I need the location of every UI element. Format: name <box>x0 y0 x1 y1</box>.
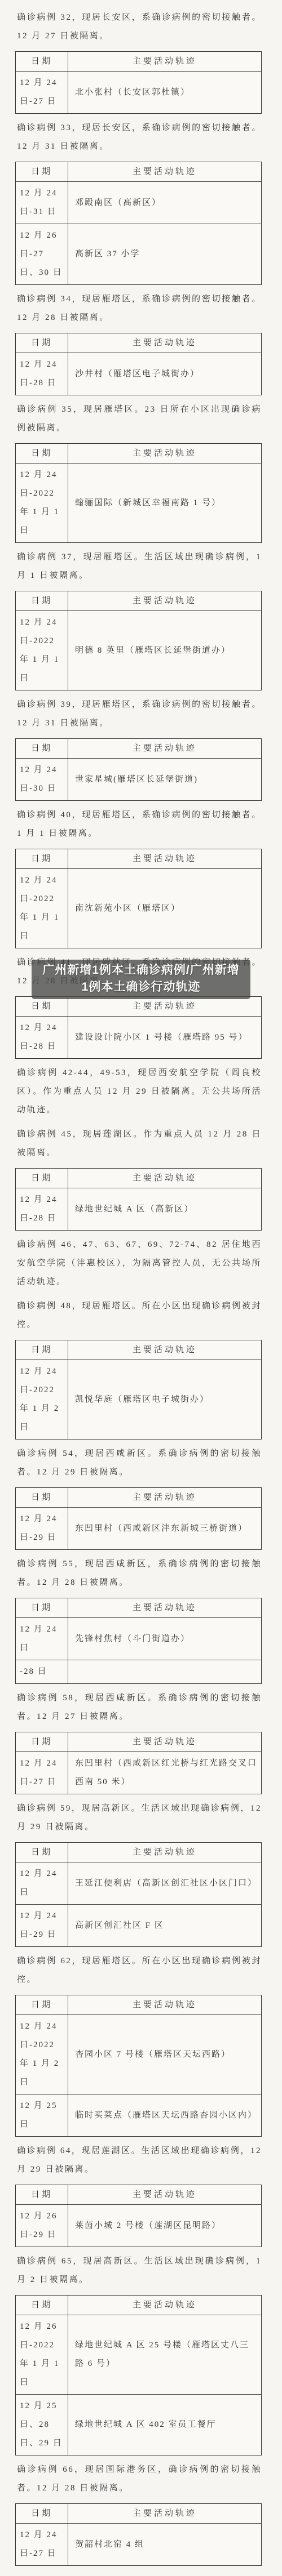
table-row: 12 月 26 日-29 日莱茵小城 2 号楼（莲湖区昆明路） <box>16 2205 262 2247</box>
activity-table: 日期 主要活动轨迹 12 月 24 日先锋村焦村（斗门街道办）-28 日 <box>15 1598 262 1684</box>
date-cell: 12 月 24 日-27 日 <box>16 72 68 114</box>
table-row: 12 月 24 日-2022 年 1 月 1 日南沈新苑小区（雁塔区） <box>16 869 262 948</box>
table-row: -28 日 <box>16 1660 262 1684</box>
table-row: 12 月 25 日临时买菜点（雁塔区天坛西路杏园小区内） <box>16 2094 262 2137</box>
track-cell: 高新区 37 小学 <box>68 224 262 285</box>
date-column-header: 日期 <box>16 162 68 182</box>
table-header-row: 日期 主要活动轨迹 <box>16 2504 262 2524</box>
case-section: 确诊病例 66，现居国际港务区，确诊病例的密切接触者。12 月 28 日被隔离。… <box>15 2461 262 2566</box>
case-section: 确诊病例 35，现居雁塔区。23 日所在小区出现确诊病例被隔离。 日期 主要活动… <box>15 400 262 543</box>
table-row: 12 月 24 日-2022 年 1 月 1 日翰骊国际（新城区幸福南路 1 号… <box>16 463 262 543</box>
document: 确诊病例 32，现居长安区，系确诊病例的密切接触者。12 月 27 日被隔离。 … <box>0 0 282 2576</box>
date-cell: 12 月 24 日-30 日 <box>16 759 68 801</box>
date-cell: 12 月 26 日-29 日 <box>16 2205 68 2247</box>
table-row: 12 月 24 日-27 日贺韶村北窑 4 组 <box>16 2524 262 2566</box>
table-header-row: 日期 主要活动轨迹 <box>16 1995 262 2015</box>
table-header-row: 日期 主要活动轨迹 <box>16 1340 262 1360</box>
activity-table: 日期 主要活动轨迹 12 月 26 日-2022 年 1 月 1 日绿地世纪城 … <box>15 2295 262 2455</box>
activity-table: 日期 主要活动轨迹 12 月 24 日-27 日东凹里村（西咸新区红光桥与红光路… <box>15 1732 262 1794</box>
activity-table: 日期 主要活动轨迹 12 月 24 日-2022 年 1 月 1 日南沈新苑小区… <box>15 849 262 948</box>
date-cell: 12 月 26 日-2022 年 1 月 1 日 <box>16 2315 68 2395</box>
table-header-row: 日期 主要活动轨迹 <box>16 333 262 353</box>
track-cell: 建设设计院小区 1 号楼（雁塔路 95 号） <box>68 1017 262 1059</box>
track-column-header: 主要活动轨迹 <box>68 1995 262 2015</box>
case-section: 确诊病例 54，现居西咸新区。系确诊病例的密切接触者。12 月 29 日被隔离。… <box>15 1445 262 1550</box>
date-cell: 12 月 24 日-2022 年 1 月 1 日 <box>16 611 68 690</box>
table-header-row: 日期 主要活动轨迹 <box>16 997 262 1017</box>
track-cell: 先锋村焦村（斗门街道办） <box>68 1618 262 1660</box>
date-cell: 12 月 24 日-2022 年 1 月 1 日 <box>16 869 68 948</box>
date-column-header: 日期 <box>16 739 68 759</box>
date-cell: 12 月 24 日-28 日 <box>16 353 68 395</box>
case-description: 确诊病例 64，现居莲湖区。生活区域出现确诊病例，12 月 29 日被隔离。 <box>17 2142 262 2179</box>
table-header-row: 日期 主要活动轨迹 <box>16 2185 262 2205</box>
case-description: 确诊病例 62，现居雁塔区。所在小区出现确诊病例被封控。 <box>17 1952 262 1989</box>
case-section: 确诊病例 32，现居长安区，系确诊病例的密切接触者。12 月 27 日被隔离。 … <box>15 8 262 114</box>
watermark-title-line2: 1例本土确诊行动轨迹 <box>35 979 247 996</box>
activity-table: 日期 主要活动轨迹 12 月 24 日-28 日绿地世纪城 A 区（高新区） <box>15 1168 262 1231</box>
table-row: 12 月 24 日-2022 年 1 月 2 日凯悦华庭（雁塔区电子城街办） <box>16 1360 262 1439</box>
case-description: 确诊病例 58，现居西咸新区。系确诊病例的密切接触者。12 月 27 日被隔离。 <box>17 1689 262 1726</box>
case-description: 确诊病例 55，现居西咸新区，系确诊病例的密切接触者。12 月 28 日被隔离。 <box>17 1555 262 1592</box>
table-row: 12 月 24 日-29 日东凹里村（西咸新区沣东新城三桥街道） <box>16 1508 262 1550</box>
date-cell: 12 月 24 日-2022 年 1 月 1 日 <box>16 463 68 543</box>
table-row: 12 月 24 日-29 日高新区创汇社区 F 区 <box>16 1905 262 1947</box>
activity-table: 日期 主要活动轨迹 12 月 24 日-31 日邓殿南区（高新区）12 月 26… <box>15 162 262 285</box>
table-header-row: 日期 主要活动轨迹 <box>16 2296 262 2315</box>
table-header-row: 日期 主要活动轨迹 <box>16 52 262 72</box>
case-section: 确诊病例 42-44，49-53，现居西安航空学院（阎良校区）。作为重点人员 1… <box>15 1064 262 1120</box>
track-cell: 莱茵小城 2 号楼（莲湖区昆明路） <box>68 2205 262 2247</box>
activity-table: 日期 主要活动轨迹 12 月 24 日-28 日建设设计院小区 1 号楼（雁塔路… <box>15 996 262 1059</box>
table-row: 12 月 24 日-30 日世家星城(雁塔区长延堡街道) <box>16 759 262 801</box>
track-cell: 明德 8 英里（雁塔区长延堡街道办） <box>68 611 262 690</box>
date-column-header: 日期 <box>16 1169 68 1188</box>
track-column-header: 主要活动轨迹 <box>68 162 262 182</box>
case-section: 确诊病例 37，现居雁塔区。生活区域出现确诊病例，1 月 1 日被隔离。 日期 … <box>15 548 262 690</box>
activity-table: 日期 主要活动轨迹 12 月 24 日-29 日东凹里村（西咸新区沣东新城三桥街… <box>15 1487 262 1550</box>
date-column-header: 日期 <box>16 849 68 869</box>
table-row: 12 月 24 日-27 日东凹里村（西咸新区红光桥与红光路交叉口西南 50 米… <box>16 1752 262 1794</box>
activity-table: 日期 主要活动轨迹 12 月 24 日-2022 年 1 月 2 日杏园小区 7… <box>15 1995 262 2137</box>
track-column-header: 主要活动轨迹 <box>68 1488 262 1508</box>
table-row: 12 月 24 日-28 日绿地世纪城 A 区（高新区） <box>16 1188 262 1231</box>
case-description: 确诊病例 65，现居高新区。生活区域出现确诊病例，1 月 2 日被隔离。 <box>17 2252 262 2289</box>
date-column-header: 日期 <box>16 997 68 1017</box>
date-column-header: 日期 <box>16 591 68 611</box>
track-cell: 杏园小区 7 号楼（雁塔区天坛西路） <box>68 2015 262 2094</box>
case-description: 确诊病例 45，现居莲湖区。作为重点人员 12 月 28 日被隔离。 <box>17 1125 262 1162</box>
case-list: 确诊病例 32，现居长安区，系确诊病例的密切接触者。12 月 27 日被隔离。 … <box>15 8 262 2566</box>
date-cell: -28 日 <box>16 1660 68 1684</box>
table-header-row: 日期 主要活动轨迹 <box>16 739 262 759</box>
track-column-header: 主要活动轨迹 <box>68 1732 262 1752</box>
track-column-header: 主要活动轨迹 <box>68 333 262 353</box>
case-description: 确诊病例 48，现居雁塔区。所在小区出现确诊病例被封控。 <box>17 1297 262 1334</box>
date-column-header: 日期 <box>16 2296 68 2315</box>
date-cell: 12 月 24 日-28 日 <box>16 1188 68 1231</box>
watermark-title-line1: 广州新增1例本土确诊病例/广州新增 <box>35 962 247 979</box>
date-cell: 12 月 25 日 <box>16 2094 68 2137</box>
date-column-header: 日期 <box>16 333 68 353</box>
date-cell: 12 月 24 日-29 日 <box>16 1905 68 1947</box>
case-section: 确诊病例 65，现居高新区。生活区域出现确诊病例，1 月 2 日被隔离。 日期 … <box>15 2252 262 2455</box>
track-cell: 南沈新苑小区（雁塔区） <box>68 869 262 948</box>
case-section: 确诊病例 46、47、63、67、69、72-74、82 居住地西安航空学院（沣… <box>15 1236 262 1291</box>
track-cell: 北小张村（长安区郭杜镇） <box>68 72 262 114</box>
track-cell: 东凹里村（西咸新区红光桥与红光路交叉口西南 50 米） <box>68 1752 262 1794</box>
case-section: 确诊病例 45，现居莲湖区。作为重点人员 12 月 28 日被隔离。 日期 主要… <box>15 1125 262 1231</box>
track-column-header: 主要活动轨迹 <box>68 1598 262 1618</box>
track-column-header: 主要活动轨迹 <box>68 2504 262 2524</box>
track-column-header: 主要活动轨迹 <box>68 1169 262 1188</box>
track-cell: 绿地世纪城 A 区 25 号楼（雁塔区丈八三路 6 号） <box>68 2315 262 2395</box>
track-column-header: 主要活动轨迹 <box>68 444 262 463</box>
track-cell: 凯悦华庭（雁塔区电子城街办） <box>68 1360 262 1439</box>
table-row: 12 月 24 日-28 日建设设计院小区 1 号楼（雁塔路 95 号） <box>16 1017 262 1059</box>
case-description: 确诊病例 46、47、63、67、69、72-74、82 居住地西安航空学院（沣… <box>17 1236 262 1291</box>
case-section: 确诊病例 39，现居雁塔区，系确诊病例的密切接触者。12 月 31 日被隔离。 … <box>15 696 262 801</box>
track-cell: 临时买菜点（雁塔区天坛西路杏园小区内） <box>68 2094 262 2137</box>
track-cell: 东凹里村（西咸新区沣东新城三桥街道） <box>68 1508 262 1550</box>
table-header-row: 日期 主要活动轨迹 <box>16 591 262 611</box>
date-column-header: 日期 <box>16 52 68 72</box>
case-section: 确诊病例 58，现居西咸新区。系确诊病例的密切接触者。12 月 27 日被隔离。… <box>15 1689 262 1794</box>
track-cell: 世家星城(雁塔区长延堡街道) <box>68 759 262 801</box>
date-column-header: 日期 <box>16 1995 68 2015</box>
date-column-header: 日期 <box>16 2504 68 2524</box>
case-section: 确诊病例 40，现居雁塔区，系确诊病例的密切接触者。1 月 1 日被隔离。 日期… <box>15 806 262 948</box>
date-column-header: 日期 <box>16 444 68 463</box>
track-cell: 高新区创汇社区 F 区 <box>68 1905 262 1947</box>
case-description: 确诊病例 40，现居雁塔区，系确诊病例的密切接触者。1 月 1 日被隔离。 <box>17 806 262 843</box>
track-column-header: 主要活动轨迹 <box>68 997 262 1017</box>
date-column-header: 日期 <box>16 1340 68 1360</box>
activity-table: 日期 主要活动轨迹 12 月 24 日-30 日世家星城(雁塔区长延堡街道) <box>15 738 262 801</box>
track-cell: 绿地世纪城 A 区 402 室员工餐厅 <box>68 2395 262 2455</box>
table-row: 12 月 24 日-31 日邓殿南区（高新区） <box>16 182 262 224</box>
track-cell: 贺韶村北窑 4 组 <box>68 2524 262 2566</box>
table-header-row: 日期 主要活动轨迹 <box>16 1843 262 1862</box>
case-description: 确诊病例 39，现居雁塔区，系确诊病例的密切接触者。12 月 31 日被隔离。 <box>17 696 262 733</box>
case-description: 确诊病例 54，现居西咸新区。系确诊病例的密切接触者。12 月 29 日被隔离。 <box>17 1445 262 1482</box>
date-column-header: 日期 <box>16 1732 68 1752</box>
track-column-header: 主要活动轨迹 <box>68 739 262 759</box>
date-cell: 12 月 25 日、28 日、29 日 <box>16 2395 68 2455</box>
track-cell: 绿地世纪城 A 区（高新区） <box>68 1188 262 1231</box>
date-cell: 12 月 24 日 <box>16 1618 68 1660</box>
date-cell: 12 月 24 日-28 日 <box>16 1017 68 1059</box>
activity-table: 日期 主要活动轨迹 12 月 24 日王延江便利店（高新区创汇社区小区门口）12… <box>15 1842 262 1947</box>
date-column-header: 日期 <box>16 1843 68 1862</box>
track-column-header: 主要活动轨迹 <box>68 2185 262 2205</box>
track-column-header: 主要活动轨迹 <box>68 52 262 72</box>
activity-table: 日期 主要活动轨迹 12 月 24 日-27 日北小张村（长安区郭杜镇） <box>15 51 262 114</box>
table-row: 12 月 26 日-2022 年 1 月 1 日绿地世纪城 A 区 25 号楼（… <box>16 2315 262 2395</box>
table-row: 12 月 24 日先锋村焦村（斗门街道办） <box>16 1618 262 1660</box>
track-column-header: 主要活动轨迹 <box>68 1843 262 1862</box>
date-cell: 12 月 24 日-2022 年 1 月 2 日 <box>16 1360 68 1439</box>
table-row: 12 月 24 日-27 日北小张村（长安区郭杜镇） <box>16 72 262 114</box>
case-section: 确诊病例 55，现居西咸新区，系确诊病例的密切接触者。12 月 28 日被隔离。… <box>15 1555 262 1684</box>
case-description: 确诊病例 42-44，49-53，现居西安航空学院（阎良校区）。作为重点人员 1… <box>17 1064 262 1120</box>
date-column-header: 日期 <box>16 2185 68 2205</box>
case-section: 确诊病例 62，现居雁塔区。所在小区出现确诊病例被封控。 日期 主要活动轨迹 1… <box>15 1952 262 2137</box>
date-cell: 12 月 24 日 <box>16 1862 68 1905</box>
case-section: 确诊病例 64，现居莲湖区。生活区域出现确诊病例，12 月 29 日被隔离。 日… <box>15 2142 262 2247</box>
date-cell: 12 月 24 日-27 日 <box>16 1752 68 1794</box>
activity-table: 日期 主要活动轨迹 12 月 24 日-28 日沙井村（雁塔区电子城街办） <box>15 333 262 395</box>
case-section: 确诊病例 59，现居高新区。生活区域出现确诊病例，12 月 29 日被隔离。 日… <box>15 1799 262 1947</box>
track-cell: 沙井村（雁塔区电子城街办） <box>68 353 262 395</box>
track-column-header: 主要活动轨迹 <box>68 1340 262 1360</box>
watermark-title: 广州新增1例本土确诊病例/广州新增 1例本土确诊行动轨迹 <box>32 960 250 999</box>
table-row: 12 月 24 日-28 日沙井村（雁塔区电子城街办） <box>16 353 262 395</box>
track-cell <box>68 1660 262 1684</box>
date-column-header: 日期 <box>16 1598 68 1618</box>
date-cell: 12 月 24 日-2022 年 1 月 2 日 <box>16 2015 68 2094</box>
activity-table: 日期 主要活动轨迹 12 月 24 日-2022 年 1 月 2 日凯悦华庭（雁… <box>15 1340 262 1439</box>
date-cell: 12 月 26 日-27 日、30 日 <box>16 224 68 285</box>
activity-table: 日期 主要活动轨迹 12 月 24 日-2022 年 1 月 1 日明德 8 英… <box>15 591 262 690</box>
case-description: 确诊病例 33，现居长安区，系确诊病例的密切接触者。12 月 31 日被隔离。 <box>17 119 262 156</box>
table-row: 12 月 26 日-27 日、30 日高新区 37 小学 <box>16 224 262 285</box>
case-section: 确诊病例 33，现居长安区，系确诊病例的密切接触者。12 月 31 日被隔离。 … <box>15 119 262 285</box>
track-cell: 邓殿南区（高新区） <box>68 182 262 224</box>
table-header-row: 日期 主要活动轨迹 <box>16 1169 262 1188</box>
case-description: 确诊病例 32，现居长安区，系确诊病例的密切接触者。12 月 27 日被隔离。 <box>17 8 262 46</box>
case-description: 确诊病例 59，现居高新区。生活区域出现确诊病例，12 月 29 日被隔离。 <box>17 1799 262 1837</box>
track-cell: 王延江便利店（高新区创汇社区小区门口） <box>68 1862 262 1905</box>
date-cell: 12 月 24 日-31 日 <box>16 182 68 224</box>
date-column-header: 日期 <box>16 1488 68 1508</box>
track-column-header: 主要活动轨迹 <box>68 591 262 611</box>
table-header-row: 日期 主要活动轨迹 <box>16 849 262 869</box>
table-row: 12 月 24 日-2022 年 1 月 1 日明德 8 英里（雁塔区长延堡街道… <box>16 611 262 690</box>
table-header-row: 日期 主要活动轨迹 <box>16 1732 262 1752</box>
track-cell: 翰骊国际（新城区幸福南路 1 号） <box>68 463 262 543</box>
table-header-row: 日期 主要活动轨迹 <box>16 444 262 463</box>
activity-table: 日期 主要活动轨迹 12 月 26 日-29 日莱茵小城 2 号楼（莲湖区昆明路… <box>15 2185 262 2247</box>
case-description: 确诊病例 66，现居国际港务区，确诊病例的密切接触者。12 月 28 日被隔离。 <box>17 2461 262 2498</box>
table-header-row: 日期 主要活动轨迹 <box>16 162 262 182</box>
case-description: 确诊病例 35，现居雁塔区。23 日所在小区出现确诊病例被隔离。 <box>17 400 262 438</box>
activity-table: 日期 主要活动轨迹 12 月 24 日-2022 年 1 月 1 日翰骊国际（新… <box>15 443 262 543</box>
date-cell: 12 月 24 日-27 日 <box>16 2524 68 2566</box>
table-header-row: 日期 主要活动轨迹 <box>16 1488 262 1508</box>
date-cell: 12 月 24 日-29 日 <box>16 1508 68 1550</box>
table-row: 12 月 24 日王延江便利店（高新区创汇社区小区门口） <box>16 1862 262 1905</box>
case-section: 确诊病例 34，现居雁塔区，系确诊病例的密切接触者。12 月 28 日被隔离。 … <box>15 290 262 395</box>
table-header-row: 日期 主要活动轨迹 <box>16 1598 262 1618</box>
activity-table: 日期 主要活动轨迹 12 月 24 日-27 日贺韶村北窑 4 组 <box>15 2503 262 2566</box>
table-row: 12 月 24 日-2022 年 1 月 2 日杏园小区 7 号楼（雁塔区天坛西… <box>16 2015 262 2094</box>
track-column-header: 主要活动轨迹 <box>68 2296 262 2315</box>
case-description: 确诊病例 37，现居雁塔区。生活区域出现确诊病例，1 月 1 日被隔离。 <box>17 548 262 585</box>
table-row: 12 月 25 日、28 日、29 日绿地世纪城 A 区 402 室员工餐厅 <box>16 2395 262 2455</box>
case-section: 确诊病例 48，现居雁塔区。所在小区出现确诊病例被封控。 日期 主要活动轨迹 1… <box>15 1297 262 1439</box>
track-column-header: 主要活动轨迹 <box>68 849 262 869</box>
case-description: 确诊病例 34，现居雁塔区，系确诊病例的密切接触者。12 月 28 日被隔离。 <box>17 290 262 327</box>
